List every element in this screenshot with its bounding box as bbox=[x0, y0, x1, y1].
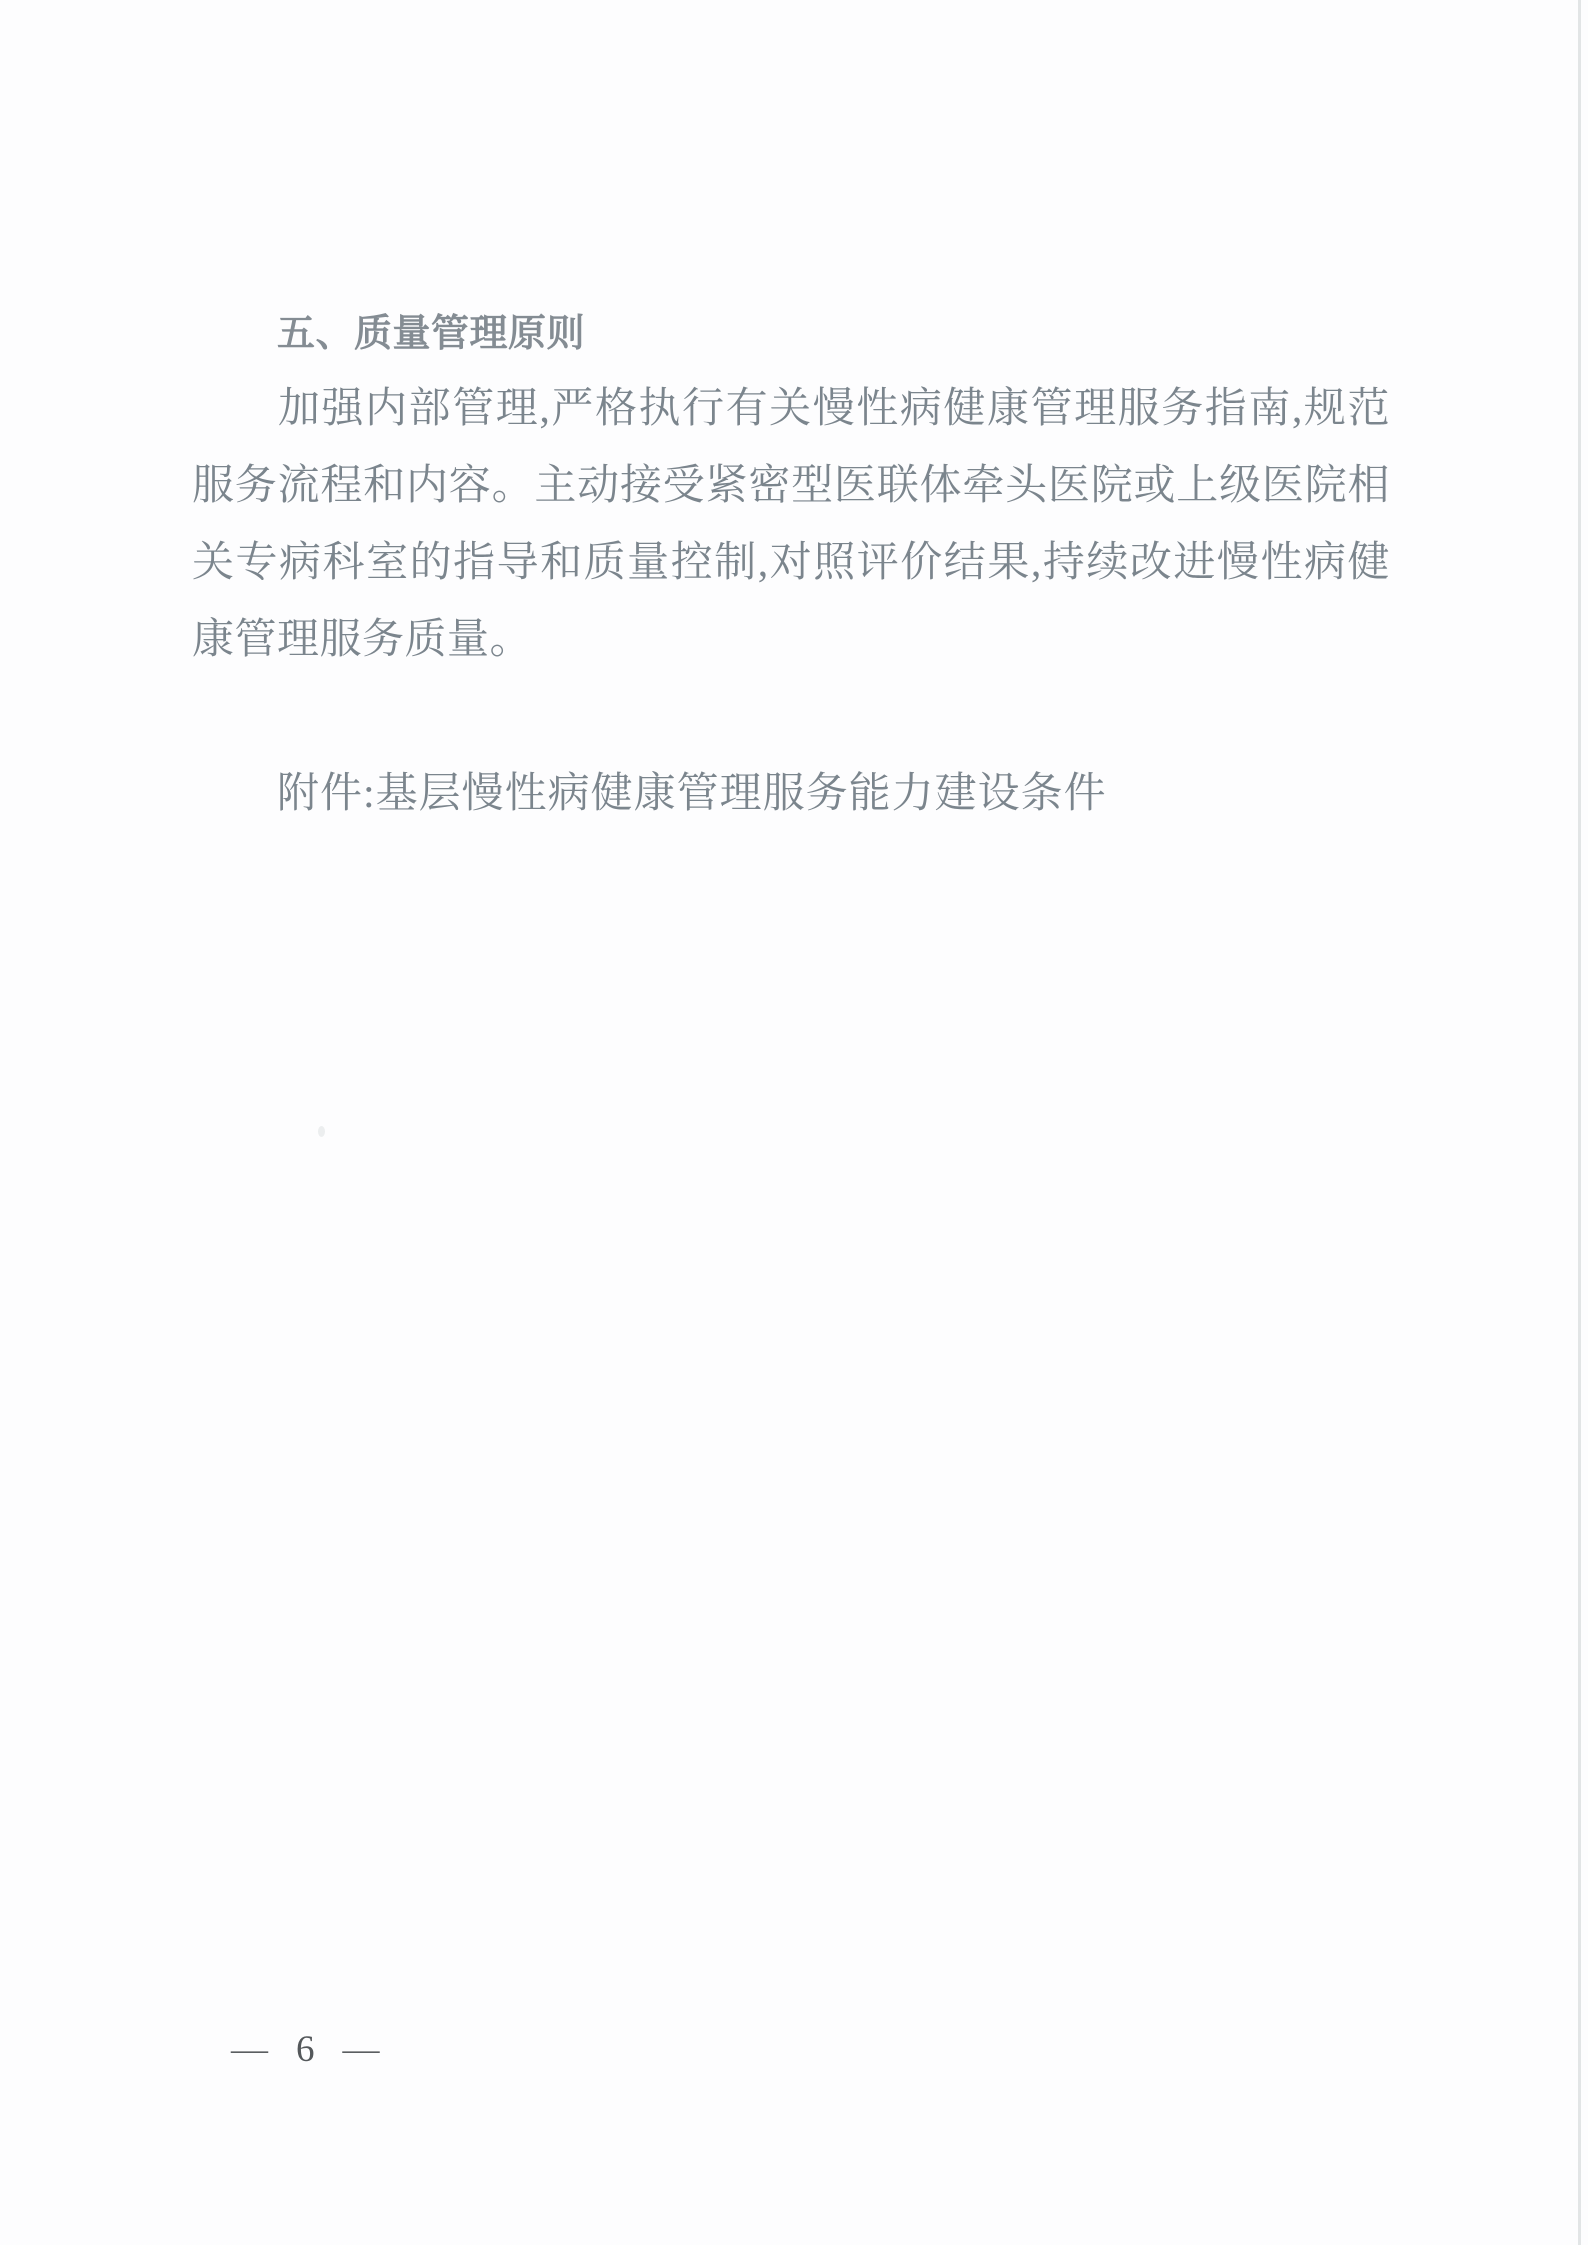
paragraph-line: 康管理服务质量。 bbox=[192, 602, 1390, 679]
paragraph-line: 服务流程和内容。主动接受紧密型医联体牵头医院或上级医院相 bbox=[192, 448, 1390, 525]
page-footer: — 6 — bbox=[231, 2029, 380, 2071]
footer-right-dash: — bbox=[343, 2032, 380, 2068]
paragraph-block: 加强内部管理,严格执行有关慢性病健康管理服务指南,规范 服务流程和内容。主动接受… bbox=[192, 371, 1390, 679]
scan-edge-line bbox=[1578, 0, 1581, 2245]
document-page: 五、质量管理原则 加强内部管理,严格执行有关慢性病健康管理服务指南,规范 服务流… bbox=[0, 0, 1588, 2245]
section-heading: 五、质量管理原则 bbox=[277, 311, 585, 357]
paragraph-line: 关专病科室的指导和质量控制,对照评价结果,持续改进慢性病健 bbox=[192, 525, 1390, 602]
footer-left-dash: — bbox=[231, 2032, 268, 2068]
page-number: 6 bbox=[296, 2029, 315, 2071]
attachment-reference: 附件:基层慢性病健康管理服务能力建设条件 bbox=[277, 771, 1107, 817]
scan-speck bbox=[318, 1126, 325, 1137]
paragraph-line: 加强内部管理,严格执行有关慢性病健康管理服务指南,规范 bbox=[278, 371, 1390, 448]
